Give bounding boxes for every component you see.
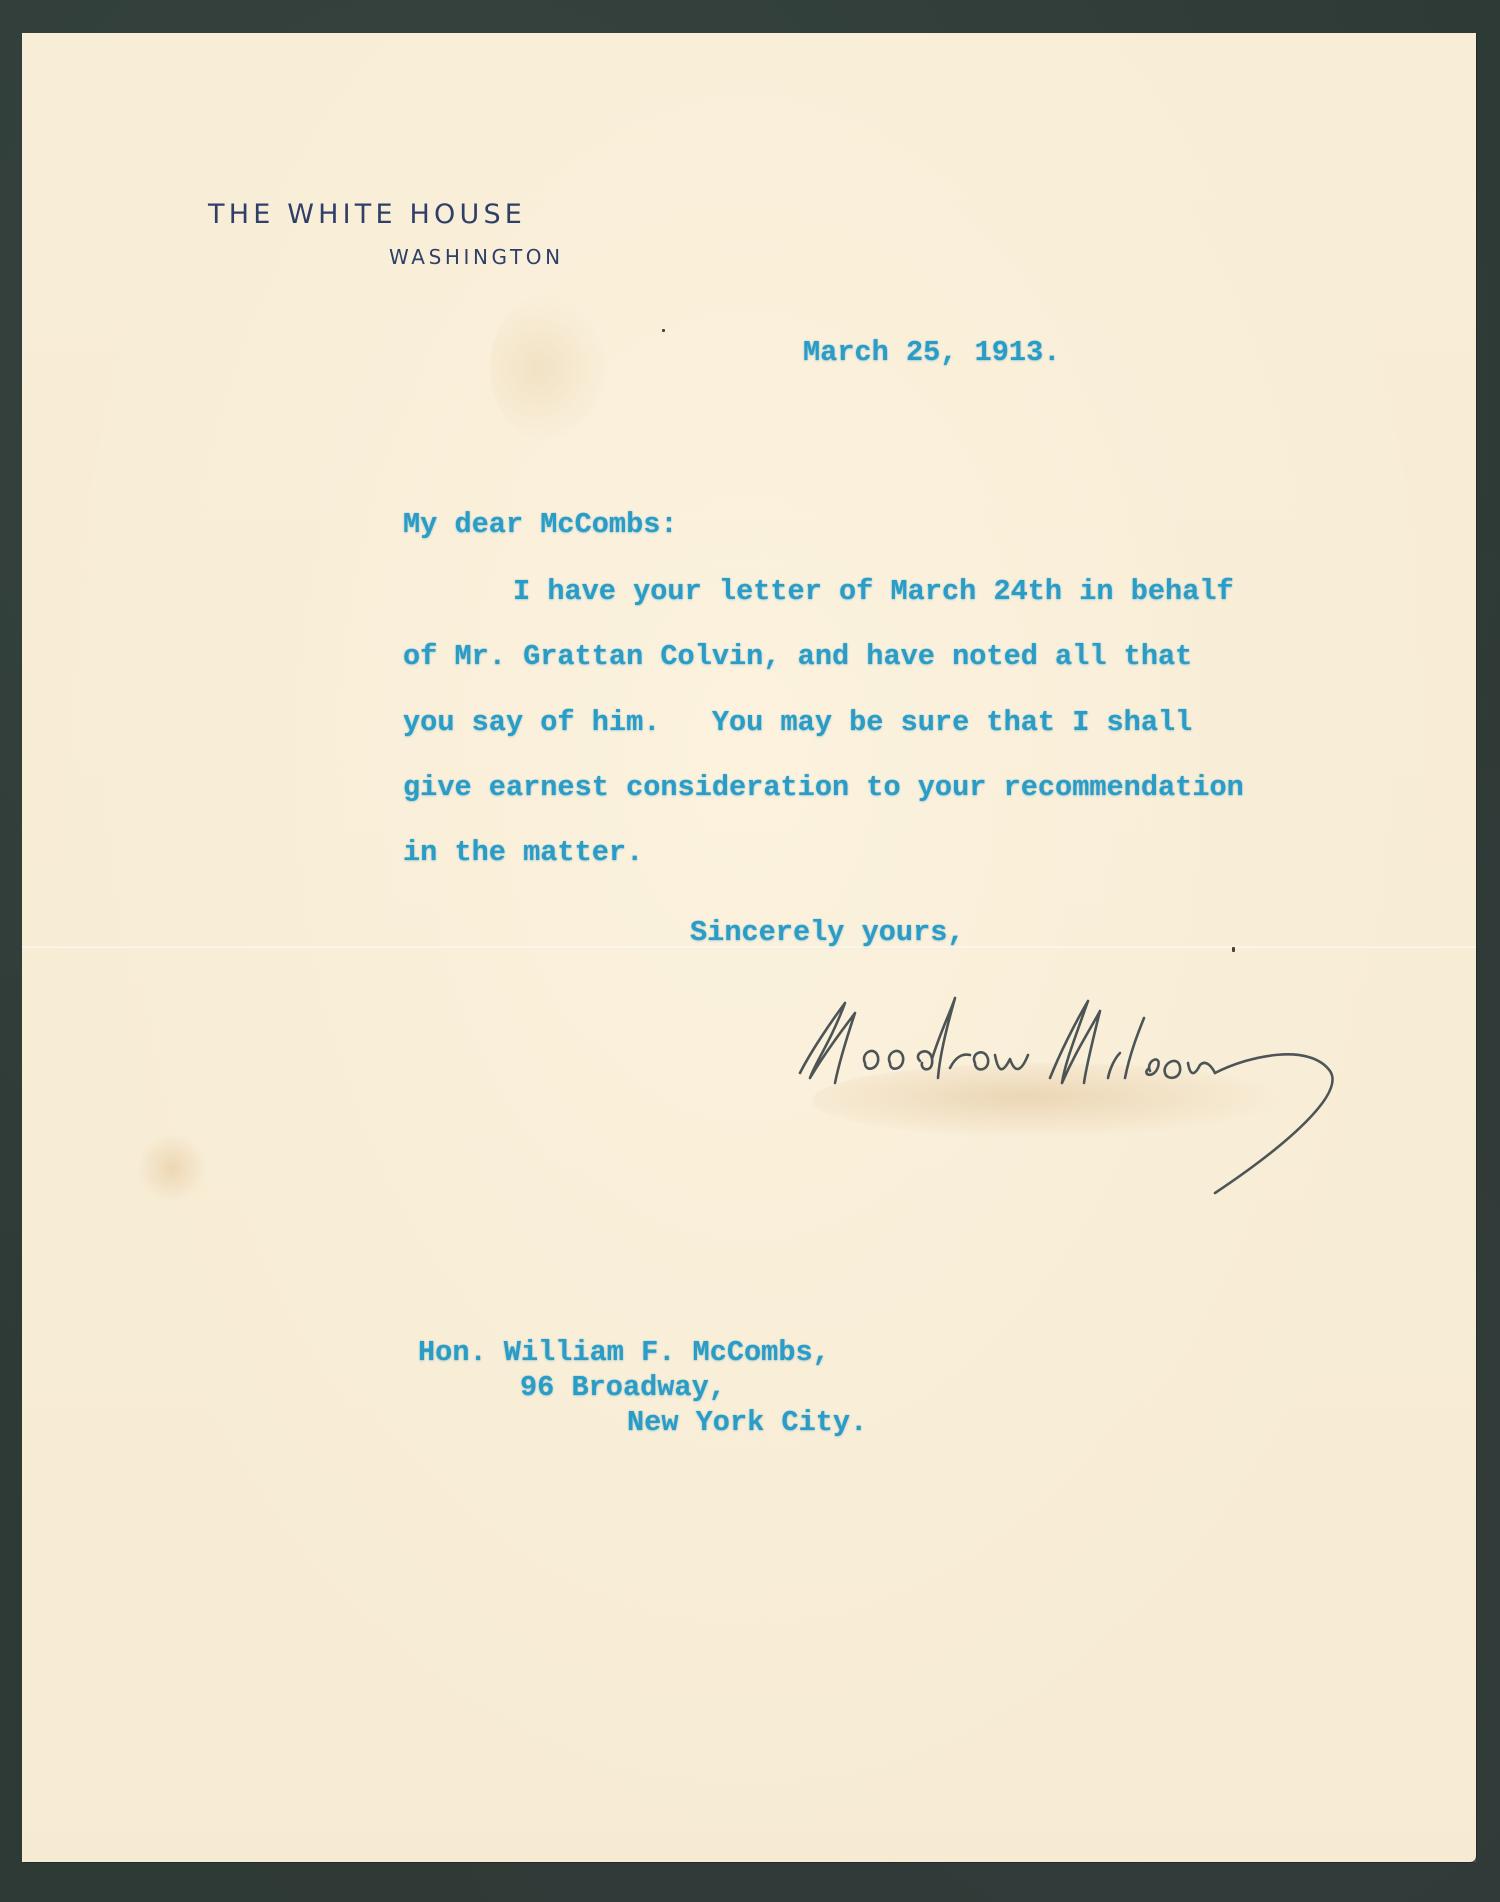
paper-speck [662,329,665,332]
body-line: give earnest consideration to your recom… [403,774,1244,803]
recipient-name: Hon. William F. McCombs, [418,1339,830,1368]
recipient-street: 96 Broadway, [520,1374,726,1403]
letter-date: March 25, 1913. [803,339,1060,368]
foxing-stain [137,1133,207,1203]
letterhead-city: WASHINGTON [389,247,564,267]
fingerprint-stain [490,293,610,443]
body-line: I have your letter of March 24th in beha… [513,578,1234,607]
closing: Sincerely yours, [690,919,965,948]
letter-paper: THE WHITE HOUSE WASHINGTON March 25, 191… [22,33,1476,1862]
body-line: of Mr. Grattan Colvin, and have noted al… [403,643,1192,672]
signature-woodrow-wilson [770,983,1340,1203]
body-line: in the matter. [403,839,643,868]
recipient-city: New York City. [627,1409,867,1438]
letterhead-title: THE WHITE HOUSE [208,201,526,228]
body-line: you say of him. You may be sure that I s… [403,709,1192,738]
salutation: My dear McCombs: [403,511,678,540]
paper-speck [1232,947,1235,952]
